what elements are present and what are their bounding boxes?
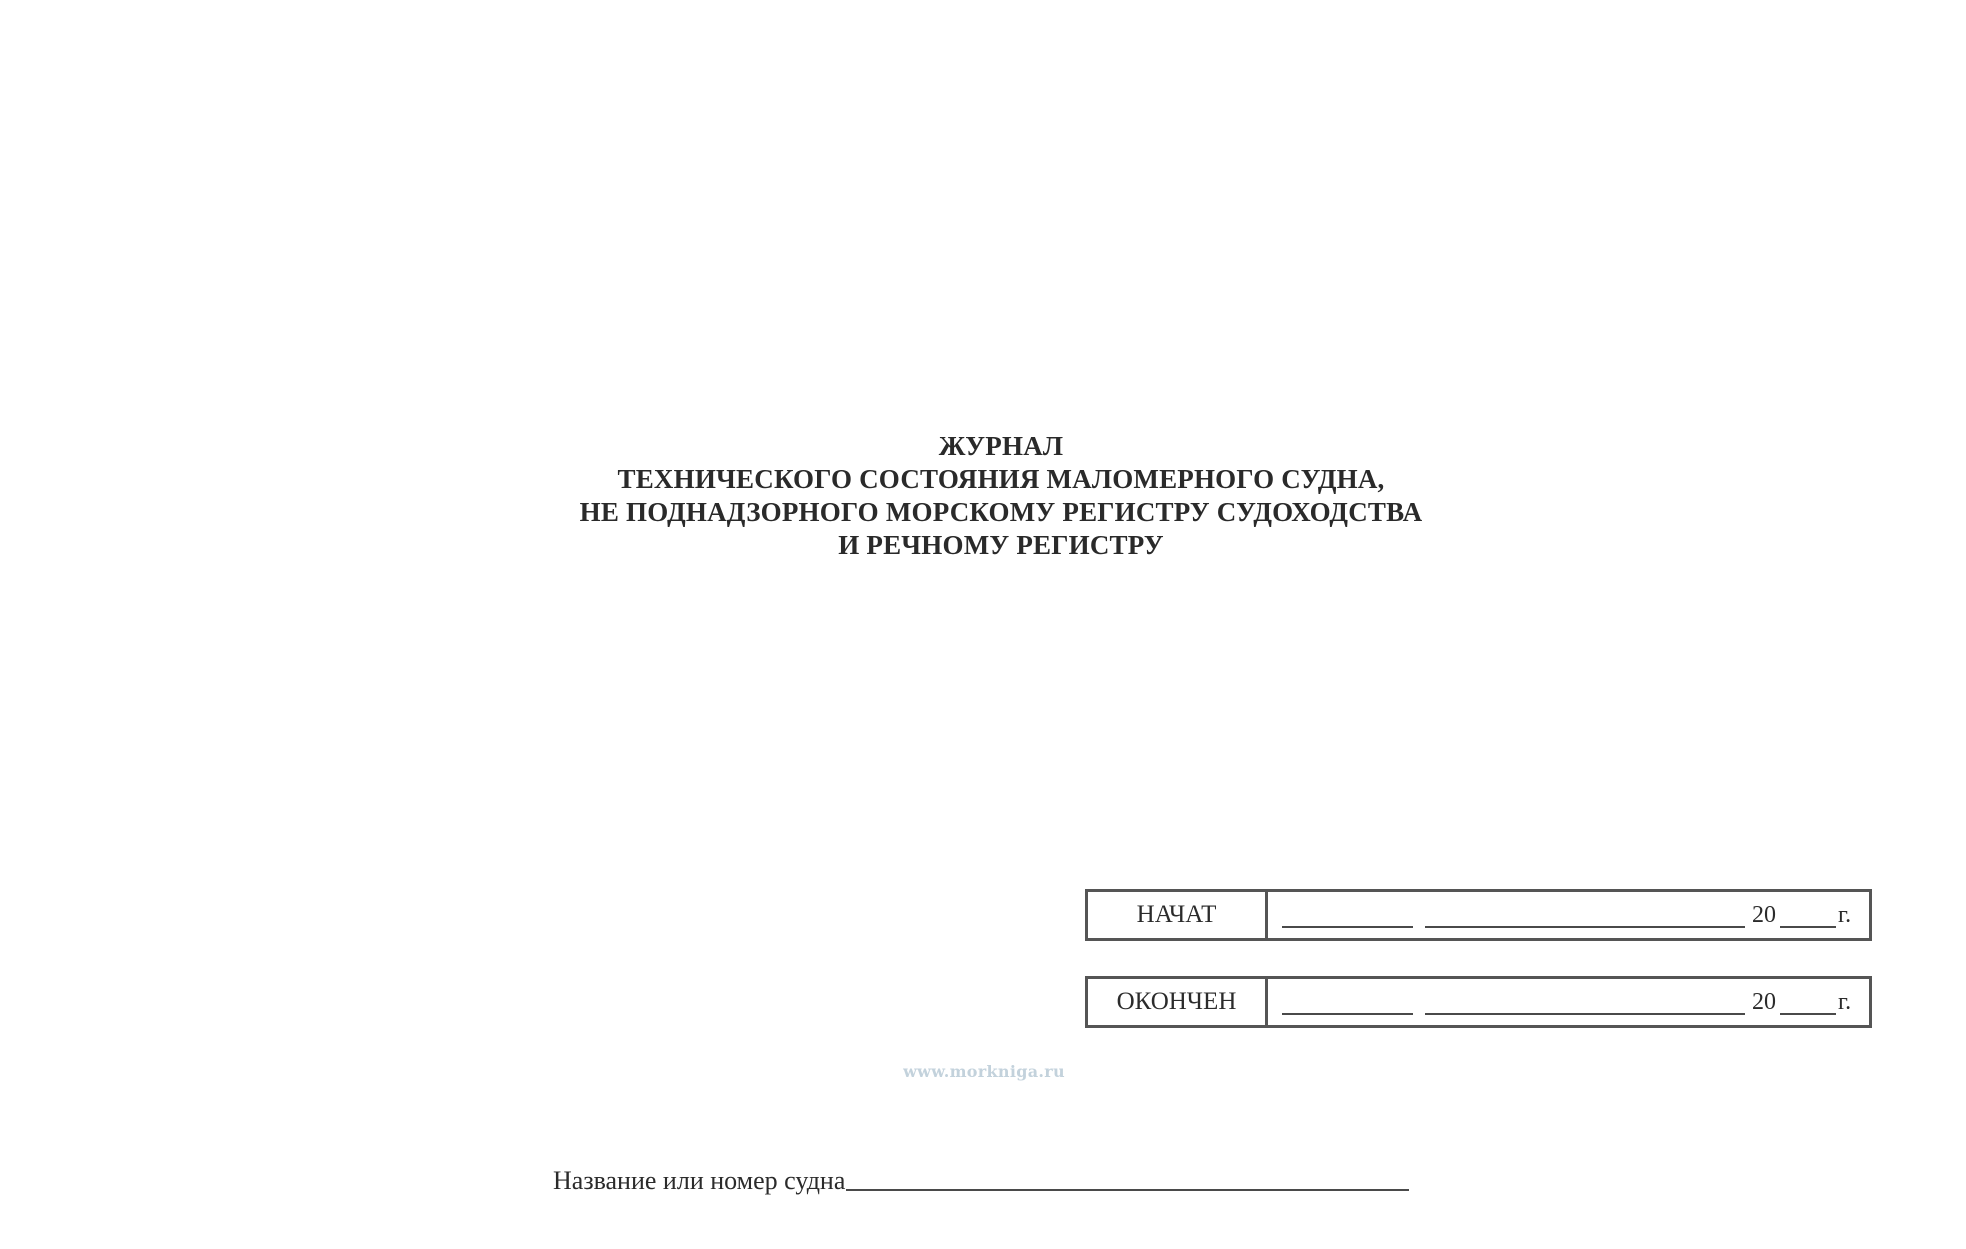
title-line-4: И РЕЧНОМУ РЕГИСТРУ <box>500 529 1502 562</box>
document-title: ЖУРНАЛ ТЕХНИЧЕСКОГО СОСТОЯНИЯ МАЛОМЕРНОГ… <box>500 430 1502 562</box>
end-year-blank[interactable] <box>1780 1013 1836 1015</box>
vessel-name-blank[interactable] <box>846 1189 1409 1191</box>
start-month-blank[interactable] <box>1425 926 1745 928</box>
vessel-name-label: Название или номер судна <box>553 1166 845 1196</box>
start-date-label: НАЧАТ <box>1088 892 1268 938</box>
start-date-field[interactable]: 20 г. <box>1268 892 1869 938</box>
end-month-blank[interactable] <box>1425 1013 1745 1015</box>
end-date-label: ОКОНЧЕН <box>1088 979 1268 1025</box>
end-year-suffix: г. <box>1838 989 1851 1015</box>
title-line-2: ТЕХНИЧЕСКОГО СОСТОЯНИЯ МАЛОМЕРНОГО СУДНА… <box>500 463 1502 496</box>
start-year-blank[interactable] <box>1780 926 1836 928</box>
vessel-name-row: Название или номер судна <box>553 1166 1409 1196</box>
title-line-1: ЖУРНАЛ <box>500 430 1502 463</box>
end-date-box: ОКОНЧЕН 20 г. <box>1085 976 1872 1028</box>
start-year-suffix: г. <box>1838 902 1851 928</box>
title-line-3: НЕ ПОДНАДЗОРНОГО МОРСКОМУ РЕГИСТРУ СУДОХ… <box>500 496 1502 529</box>
start-day-blank[interactable] <box>1282 926 1413 928</box>
watermark: www.morkniga.ru <box>890 1062 1078 1081</box>
end-date-field[interactable]: 20 г. <box>1268 979 1869 1025</box>
start-date-box: НАЧАТ 20 г. <box>1085 889 1872 941</box>
end-year-prefix: 20 <box>1752 989 1776 1015</box>
end-day-blank[interactable] <box>1282 1013 1413 1015</box>
start-year-prefix: 20 <box>1752 902 1776 928</box>
